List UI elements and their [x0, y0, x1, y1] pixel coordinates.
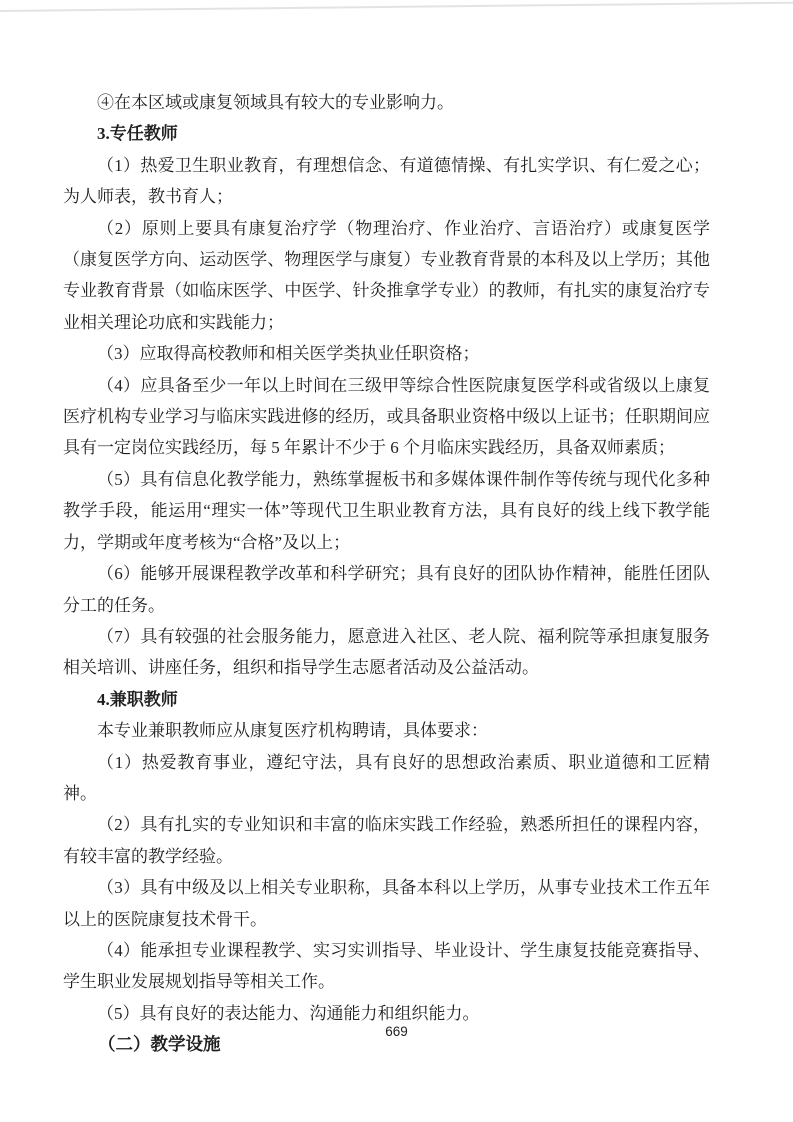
- paragraph: （3）具有中级及以上相关专业职称，具备本科以上学历，从事专业技术工作五年以上的医…: [63, 872, 710, 935]
- paragraph: （1）热爱教育事业，遵纪守法，具有良好的思想政治素质、职业道德和工匠精神。: [63, 747, 710, 810]
- paragraph: （5）具有信息化教学能力，熟练掌握板书和多媒体课件制作等传统与现代化多种教学手段…: [63, 464, 710, 558]
- scan-edge-artifact: [0, 2, 793, 12]
- paragraph: （2）具有扎实的专业知识和丰富的临床实践工作经验，熟悉所担任的课程内容，有较丰富…: [63, 809, 710, 872]
- document-page: ④在本区域或康复领域具有较大的专业影响力。3.专任教师（1）热爱卫生职业教育，有…: [0, 0, 793, 1122]
- paragraph: （7）具有较强的社会服务能力，愿意进入社区、老人院、福利院等承担康复服务相关培训…: [63, 621, 710, 684]
- paragraph: （3）应取得高校教师和相关医学类执业任职资格；: [63, 338, 710, 369]
- page-number: 669: [0, 1024, 793, 1039]
- heading: 4.兼职教师: [63, 684, 710, 715]
- paragraph: （1）热爱卫生职业教育，有理想信念、有道德情操、有扎实学识、有仁爱之心；为人师表…: [63, 150, 710, 213]
- page-content: ④在本区域或康复领域具有较大的专业影响力。3.专任教师（1）热爱卫生职业教育，有…: [63, 87, 710, 1061]
- paragraph: （4）能承担专业课程教学、实习实训指导、毕业设计、学生康复技能竞赛指导、学生职业…: [63, 935, 710, 998]
- heading: 3.专任教师: [63, 118, 710, 149]
- paragraph: （2）原则上要具有康复治疗学（物理治疗、作业治疗、言语治疗）或康复医学（康复医学…: [63, 213, 710, 339]
- paragraph: ④在本区域或康复领域具有较大的专业影响力。: [63, 87, 710, 118]
- paragraph: （4）应具备至少一年以上时间在三级甲等综合性医院康复医学科或省级以上康复医疗机构…: [63, 370, 710, 464]
- paragraph: 本专业兼职教师应从康复医疗机构聘请，具体要求：: [63, 715, 710, 746]
- paragraph: （6）能够开展课程教学改革和科学研究；具有良好的团队协作精神，能胜任团队分工的任…: [63, 558, 710, 621]
